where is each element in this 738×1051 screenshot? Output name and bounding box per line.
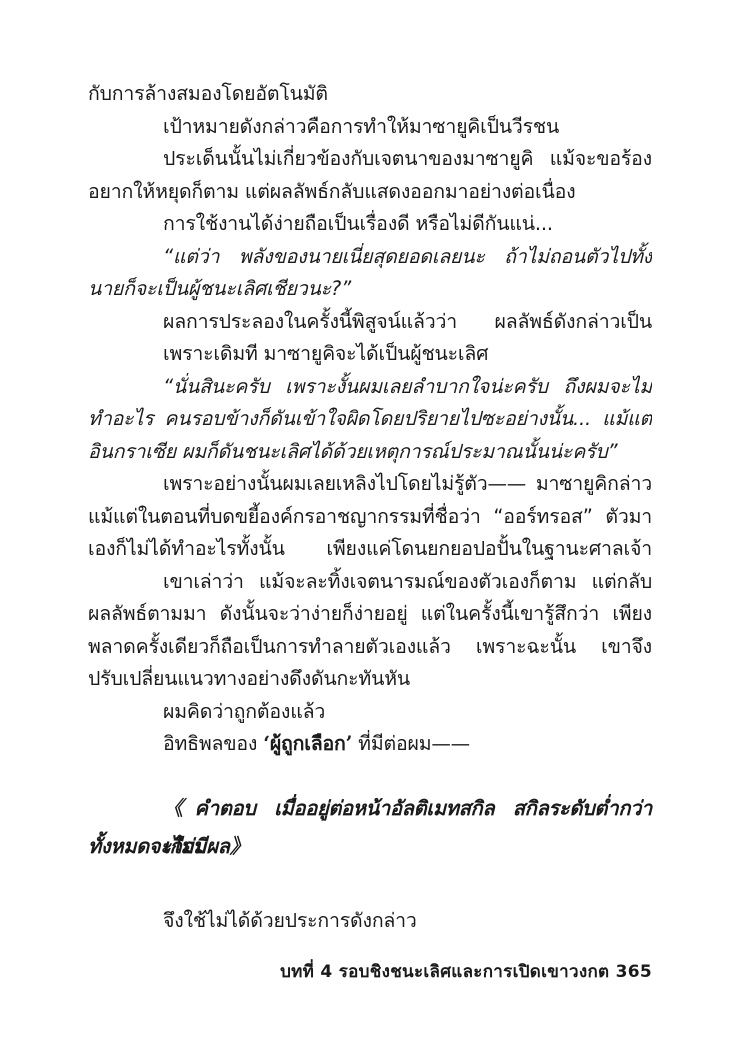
influence-line: อิทธิพลของ ‘ผู้ถูกเลือก’ ที่มีต่อผม—— (88, 728, 652, 761)
text-line: ผลลัพธ์ตามมา ดังนั้นจะว่าง่ายก็ง่ายอยู่ … (88, 598, 652, 631)
text-line: การใช้งานได้ง่ายถือเป็นเรื่องดี หรือไม่ด… (88, 208, 652, 241)
text-line: เขาเล่าว่า แม้จะละทิ้งเจตนารมณ์ของตัวเอง… (88, 566, 652, 599)
dialogue-line: “แต่ว่า พลังของนายเนี่ยสุดยอดเลยนะ ถ้าไม… (88, 241, 652, 274)
text-line: เองก็ไม่ได้ทำอะไรทั้งนั้น เพียงแค่โดนยกย… (88, 533, 652, 566)
skill-answer-line-1: 《คำตอบ เมื่ออยู่ต่อหน้าอัลติเมทสกิล สกิล… (88, 789, 652, 827)
text-line: เพราะเดิมที มาซายูคิจะได้เป็นผู้ชนะเลิศ (88, 338, 652, 371)
text-line: กับการล้างสมองโดยอัตโนมัติ (88, 78, 652, 111)
text-line: อยากให้หยุดก็ตาม แต่ผลลัพธ์กลับแสดงออกมา… (88, 176, 652, 209)
dialogue-line: “นั่นสินะครับ เพราะงั้นผมเลยลำบากใจน่ะคร… (88, 371, 652, 404)
text-line: แม้แต่ในตอนที่บดขยี้องค์กรอาชญากรรมที่ชื… (88, 501, 652, 534)
influence-prefix: อิทธิพลของ (163, 732, 263, 755)
spacer (88, 761, 652, 789)
text-line: ผมคิดว่าถูกต้องแล้ว (88, 696, 652, 729)
body-text: กับการล้างสมองโดยอัตโนมัติเป้าหมายดังกล่… (88, 78, 652, 728)
final-line: จึงใช้ไม่ได้ด้วยประการดังกล่าว (88, 905, 652, 938)
text-line: เพราะอย่างนั้นผมเลยเหลิงไปโดยไม่รู้ตัว——… (88, 468, 652, 501)
text-line: ผลการประลองในครั้งนี้พิสูจน์แล้วว่า ผลลั… (88, 306, 652, 339)
text-line: ประเด็นนั้นไม่เกี่ยวข้องกับเจตนาของมาซาย… (88, 143, 652, 176)
spacer (88, 865, 652, 905)
chosen-one-term: ‘ผู้ถูกเลือก’ (263, 732, 352, 755)
chapter-title: บทที่ 4 รอบชิงชนะเลิศและการเปิดเขาวงกต (280, 962, 609, 982)
text-line: ปรับเปลี่ยนแนวทางอย่างดึงดันกะทันหัน (88, 663, 652, 696)
page-footer: บทที่ 4 รอบชิงชนะเลิศและการเปิดเขาวงกต 3… (280, 958, 652, 985)
skill-answer-line-2: ทั้งหมดจะไม่มีผล》 (88, 827, 652, 865)
dialogue-line: ทำอะไร คนรอบข้างก็ดันเข้าใจผิดโดยปริยายไ… (88, 403, 652, 436)
dialogue-line: นายก็จะเป็นผู้ชนะเลิศเชียวนะ?” (88, 273, 652, 306)
book-page: กับการล้างสมองโดยอัตโนมัติเป้าหมายดังกล่… (88, 78, 652, 937)
page-number: 365 (616, 962, 652, 982)
dialogue-line: อินกราเซีย ผมก็ดันชนะเลิศได้ด้วยเหตุการณ… (88, 436, 652, 469)
text-line: เป้าหมายดังกล่าวคือการทำให้มาซายูคิเป็นว… (88, 111, 652, 144)
text-line: พลาดครั้งเดียวก็ถือเป็นการทำลายตัวเองแล้… (88, 631, 652, 664)
influence-suffix: ที่มีต่อผม—— (352, 732, 470, 755)
